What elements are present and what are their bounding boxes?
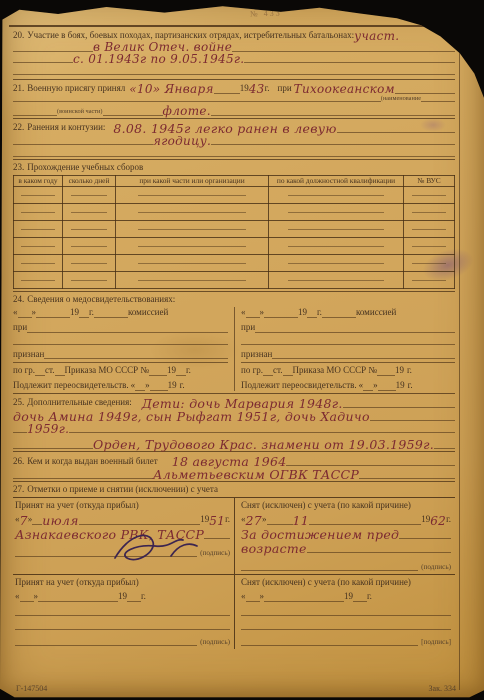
section-25: 25. Дополнительные сведения: Дети: дочь … xyxy=(13,393,455,449)
printed-g: г. xyxy=(180,380,185,391)
section-24-title: Сведения о медосвидетельствованиях: xyxy=(27,294,175,305)
signature-flourish xyxy=(109,528,201,568)
printed-podlezhit: Подлежит переосвидетельств. xyxy=(13,380,129,391)
section-21-text: Военную присягу принял xyxy=(27,83,125,94)
printed-prikaz: Приказа МО СССР № xyxy=(65,365,149,376)
hw-remove-day: 27 xyxy=(246,513,263,528)
printed-g: г. xyxy=(141,591,146,602)
hw-wound-line2: ягодицу. xyxy=(153,134,211,148)
table-row xyxy=(14,255,455,272)
section-24: 24. Сведения о медосвидетельствованиях: … xyxy=(13,291,455,391)
section-26: 26. Кем и когда выдан военный билет 18 а… xyxy=(13,451,455,479)
col-year: в каком году xyxy=(14,175,63,187)
section-20-text: Участие в боях, боевых походах, партизан… xyxy=(27,30,354,41)
print-codes: Г-147504 Зак. 334 xyxy=(16,684,456,693)
section-23-title: Прохождение учебных сборов xyxy=(27,162,143,173)
printed-st: ст. xyxy=(273,365,283,376)
registration-grid: Принят на учет (откуда прибыл) « 7 » июл… xyxy=(13,497,455,649)
hw-war-dates: с. 01.1943г по 9.05.1945г. xyxy=(73,52,244,66)
section-25-title: Дополнительные сведения: xyxy=(27,397,132,408)
hw-fleet-name: Тихоокеанском xyxy=(294,82,395,96)
accept-cell-1: Принят на учет (откуда прибыл) « 7 » июл… xyxy=(13,498,234,574)
printed-19: 19 xyxy=(200,514,209,525)
hw-order-line: Орден, Трудового Крас. знамени от 19.03.… xyxy=(93,437,434,452)
section-25-number: 25. xyxy=(13,397,24,408)
hw-participation: участ. xyxy=(354,29,399,43)
table-row xyxy=(14,238,455,255)
section-21-number: 21. xyxy=(13,83,24,94)
table-row xyxy=(14,272,455,289)
section-22-text: Ранения и контузии: xyxy=(27,122,105,133)
hw-ticket-issuer: Альметьевским ОГВК ТАССР xyxy=(153,467,359,482)
section-23: 23. Прохождение учебных сборов в каком г… xyxy=(13,159,455,289)
printed-commission: комиссией xyxy=(128,307,168,318)
section-23-number: 23. xyxy=(13,162,24,173)
remove-cell-1: Снят (исключен) с учета (по какой причин… xyxy=(234,498,455,574)
section-27: 27. Отметки о приеме и снятии (исключени… xyxy=(13,481,455,649)
printed-g: г. xyxy=(446,514,451,525)
print-code-left: Г-147504 xyxy=(16,684,47,693)
printed-pri: при xyxy=(241,322,255,333)
section-20-label: 20. xyxy=(13,30,24,41)
hw-fleet-word: флоте. xyxy=(163,104,211,118)
hw-children-line3: 1959г. xyxy=(27,422,69,436)
printed-19: 19 xyxy=(298,307,307,318)
table-row xyxy=(14,204,455,221)
printed-19: 19 xyxy=(395,365,404,376)
hw-remove-year: 62 xyxy=(430,514,446,528)
section-20: 20. Участие в боях, боевых походах, парт… xyxy=(13,29,455,75)
printed-g: г. xyxy=(186,365,191,376)
section-26-number: 26. xyxy=(13,456,24,467)
hw-remove-reason2: возрасте xyxy=(241,541,307,556)
printed-19: 19 xyxy=(118,591,127,602)
section-24-number: 24. xyxy=(13,294,24,305)
printed-19: 19 xyxy=(421,514,430,525)
col-vus: № ВУС xyxy=(404,175,455,187)
printed-g: г. xyxy=(367,591,372,602)
remove-title: Снят (исключен) с учета (по какой причин… xyxy=(241,500,451,510)
hw-accept-month: июля xyxy=(42,513,79,528)
hw-accept-day: 7 xyxy=(20,513,28,528)
accept-title: Принят на учет (откуда прибыл) xyxy=(15,500,230,510)
hw-oath-year: 43 xyxy=(249,82,265,96)
printed-podlezhit: Подлежит переосвидетельств. xyxy=(241,380,357,391)
faint-stamp: № 433 xyxy=(250,8,282,18)
accept-title: Принят на учет (откуда прибыл) xyxy=(15,577,230,587)
small-print-naimenovanie: (наименование xyxy=(381,95,421,103)
podpis-label: (подпись) xyxy=(421,563,451,571)
section-21: 21. Военную присягу принял «10» Января 1… xyxy=(13,79,455,115)
printed-g: г. xyxy=(407,365,412,376)
print-code-right: Зак. 334 xyxy=(429,684,456,693)
paper-sheet: № 433 20. Участие в боях, боевых походах… xyxy=(0,0,484,700)
printed-19: 19 xyxy=(344,591,353,602)
scanned-military-card: № 433 20. Участие в боях, боевых походах… xyxy=(0,0,484,700)
printed-19: 19 xyxy=(396,380,405,391)
col-qualification: по какой должностной квалификации xyxy=(269,175,404,187)
printed-19: 19 xyxy=(168,380,177,391)
remove-title: Снят (исключен) с учета (по какой причин… xyxy=(241,577,451,587)
printed-st: ст. xyxy=(45,365,55,376)
printed-g: г. xyxy=(408,380,413,391)
printed-19: 19 xyxy=(70,307,79,318)
printed-g: г. xyxy=(225,514,230,525)
printed-19: 19 xyxy=(240,83,249,94)
section-26-title: Кем и когда выдан военный билет xyxy=(27,456,157,467)
printed-g: г. xyxy=(265,83,270,94)
printed-pri: при xyxy=(13,322,27,333)
section-22: 22. Ранения и контузии: 8.08. 1945г легк… xyxy=(13,118,455,157)
printed-priznan: признан xyxy=(13,349,44,360)
small-print-voinskoy-chasti: (воинской части) xyxy=(57,108,103,116)
hw-remove-month: 11 xyxy=(293,513,310,528)
col-days: сколько дней xyxy=(63,175,116,187)
med-left-column: «»19г.комиссией при признан по гр.ст.При… xyxy=(13,307,234,391)
hw-accept-year: 51 xyxy=(209,514,225,528)
hw-remove-reason1: За достижением пред xyxy=(241,527,399,542)
printed-pri: при xyxy=(278,83,292,94)
form-frame: 20. Участие в боях, боевых походах, парт… xyxy=(9,25,460,690)
training-camps-table: в каком году сколько дней при какой част… xyxy=(13,175,455,290)
accept-cell-2: Принят на учет (откуда прибыл) « » 19 г.… xyxy=(13,574,234,649)
col-unit: при какой части или организации xyxy=(116,175,269,187)
printed-po-gr: по гр. xyxy=(241,365,263,376)
med-right-column: «»19г.комиссией при признан по гр.ст.При… xyxy=(234,307,455,391)
section-27-title: Отметки о приеме и снятии (исключении) с… xyxy=(27,484,218,495)
printed-priznan: признан xyxy=(241,349,272,360)
podpis-label: (подпись) xyxy=(200,549,230,557)
section-22-number: 22. xyxy=(13,122,24,133)
podpis-label: (подпись) xyxy=(200,638,230,646)
section-27-number: 27. xyxy=(13,484,24,495)
table-header-row: в каком году сколько дней при какой част… xyxy=(14,175,455,187)
table-row xyxy=(14,187,455,204)
podpis-label: [подпись] xyxy=(421,638,451,646)
printed-po-gr: по гр. xyxy=(13,365,35,376)
table-row xyxy=(14,221,455,238)
hw-wound-line1: 8.08. 1945г легко ранен в левую xyxy=(113,121,336,136)
hw-oath-date: «10» Января xyxy=(129,82,213,96)
printed-commission: комиссией xyxy=(356,307,396,318)
printed-19: 19 xyxy=(167,365,176,376)
printed-prikaz: Приказа МО СССР № xyxy=(293,365,377,376)
remove-cell-2: Снят (исключен) с учета (по какой причин… xyxy=(234,574,455,649)
